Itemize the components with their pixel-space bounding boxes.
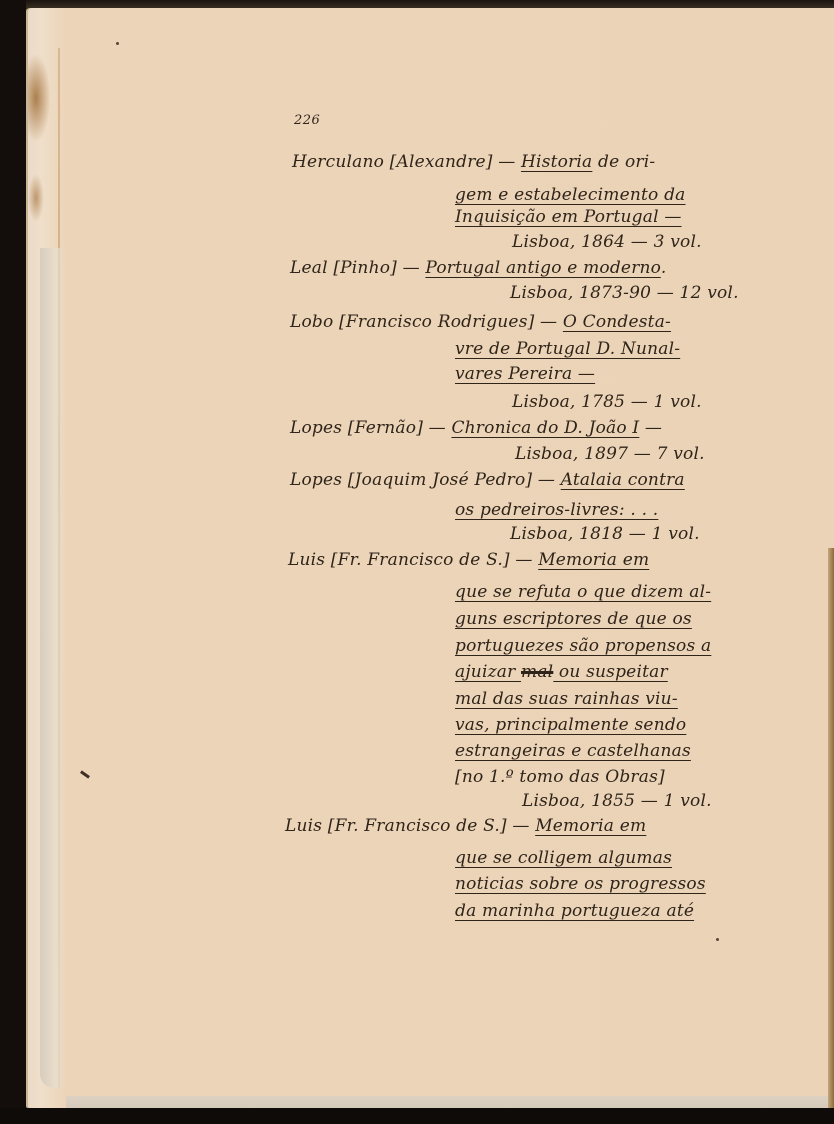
title: Memoria em	[535, 816, 646, 836]
left-deckle-edge	[40, 248, 66, 1088]
entry-line: estrangeiras e castelhanas	[455, 741, 691, 761]
title: Portugal antigo e moderno	[425, 258, 660, 278]
entry-line: vares Pereira —	[455, 364, 595, 384]
title: Atalaia contra	[561, 470, 685, 490]
entry-line: Luis [Fr. Francisco de S.] — Memoria em	[285, 816, 646, 836]
entry-line: mal das suas rainhas viu-	[455, 689, 678, 709]
author: Lopes [Joaquim José Pedro] —	[290, 470, 561, 490]
author: Luis [Fr. Francisco de S.] —	[285, 816, 535, 836]
entry-line: Leal [Pinho] — Portugal antigo e moderno…	[290, 258, 666, 278]
text: ou suspeitar	[553, 662, 667, 682]
author: Herculano [Alexandre] —	[292, 152, 521, 172]
imprint: Lisboa, 1864 — 3 vol.	[512, 232, 702, 252]
author: Lopes [Fernão] —	[290, 418, 451, 438]
title: Memoria em	[538, 550, 649, 570]
entry-line: portuguezes são propensos a	[455, 636, 711, 656]
title: O Condesta-	[563, 312, 671, 332]
author: Lobo [Francisco Rodrigues] —	[290, 312, 563, 332]
entry-line: que se refuta o que dizem al-	[455, 582, 711, 602]
entry-line: vre de Portugal D. Nunal-	[455, 339, 680, 359]
title-continuation: —	[639, 418, 662, 438]
entry-line: Luis [Fr. Francisco de S.] — Memoria em	[288, 550, 649, 570]
entry-line: [no 1.º tomo das Obras]	[455, 767, 665, 787]
ink-mark	[80, 770, 90, 778]
entry-line: gem e estabelecimento da	[455, 185, 686, 205]
entry-line: guns escriptores de que os	[455, 609, 692, 629]
scan-bottom-border	[0, 1108, 834, 1124]
entry-line: que se colligem algumas	[455, 848, 672, 868]
title-continuation: .	[661, 258, 667, 278]
entry-line: os pedreiros-livres: . . .	[455, 500, 658, 520]
title-continuation: de ori-	[592, 152, 655, 172]
entry-line: Lobo [Francisco Rodrigues] — O Condesta-	[290, 312, 671, 332]
imprint: Lisboa, 1785 — 1 vol.	[512, 392, 702, 412]
entry-line: ajuizar mal ou suspeitar	[455, 662, 668, 682]
entry-line: Inquisição em Portugal —	[455, 207, 682, 227]
entry-line: Lopes [Joaquim José Pedro] — Atalaia con…	[290, 470, 685, 490]
right-page-edge	[828, 548, 834, 1108]
imprint: Lisboa, 1855 — 1 vol.	[522, 791, 712, 811]
imprint: Lisboa, 1873-90 — 12 vol.	[510, 283, 739, 303]
paper-speck	[116, 42, 119, 45]
entry-line: Herculano [Alexandre] — Historia de ori-	[292, 152, 655, 172]
imprint: Lisboa, 1897 — 7 vol.	[515, 444, 705, 464]
author: Luis [Fr. Francisco de S.] —	[288, 550, 538, 570]
title: Chronica do D. João I	[451, 418, 639, 438]
paper-speck	[716, 938, 719, 941]
entry-line: Lopes [Fernão] — Chronica do D. João I —	[290, 418, 662, 438]
imprint: Lisboa, 1818 — 1 vol.	[510, 524, 700, 544]
page-number: 226	[294, 113, 320, 128]
entry-line: da marinha portugueza até	[455, 901, 694, 921]
entry-line: noticias sobre os progressos	[455, 874, 706, 894]
author: Leal [Pinho] —	[290, 258, 425, 278]
text: ajuizar	[455, 662, 521, 682]
title: Historia	[521, 152, 592, 172]
struck-word: mal	[521, 662, 553, 682]
entry-line: vas, principalmente sendo	[455, 715, 686, 735]
